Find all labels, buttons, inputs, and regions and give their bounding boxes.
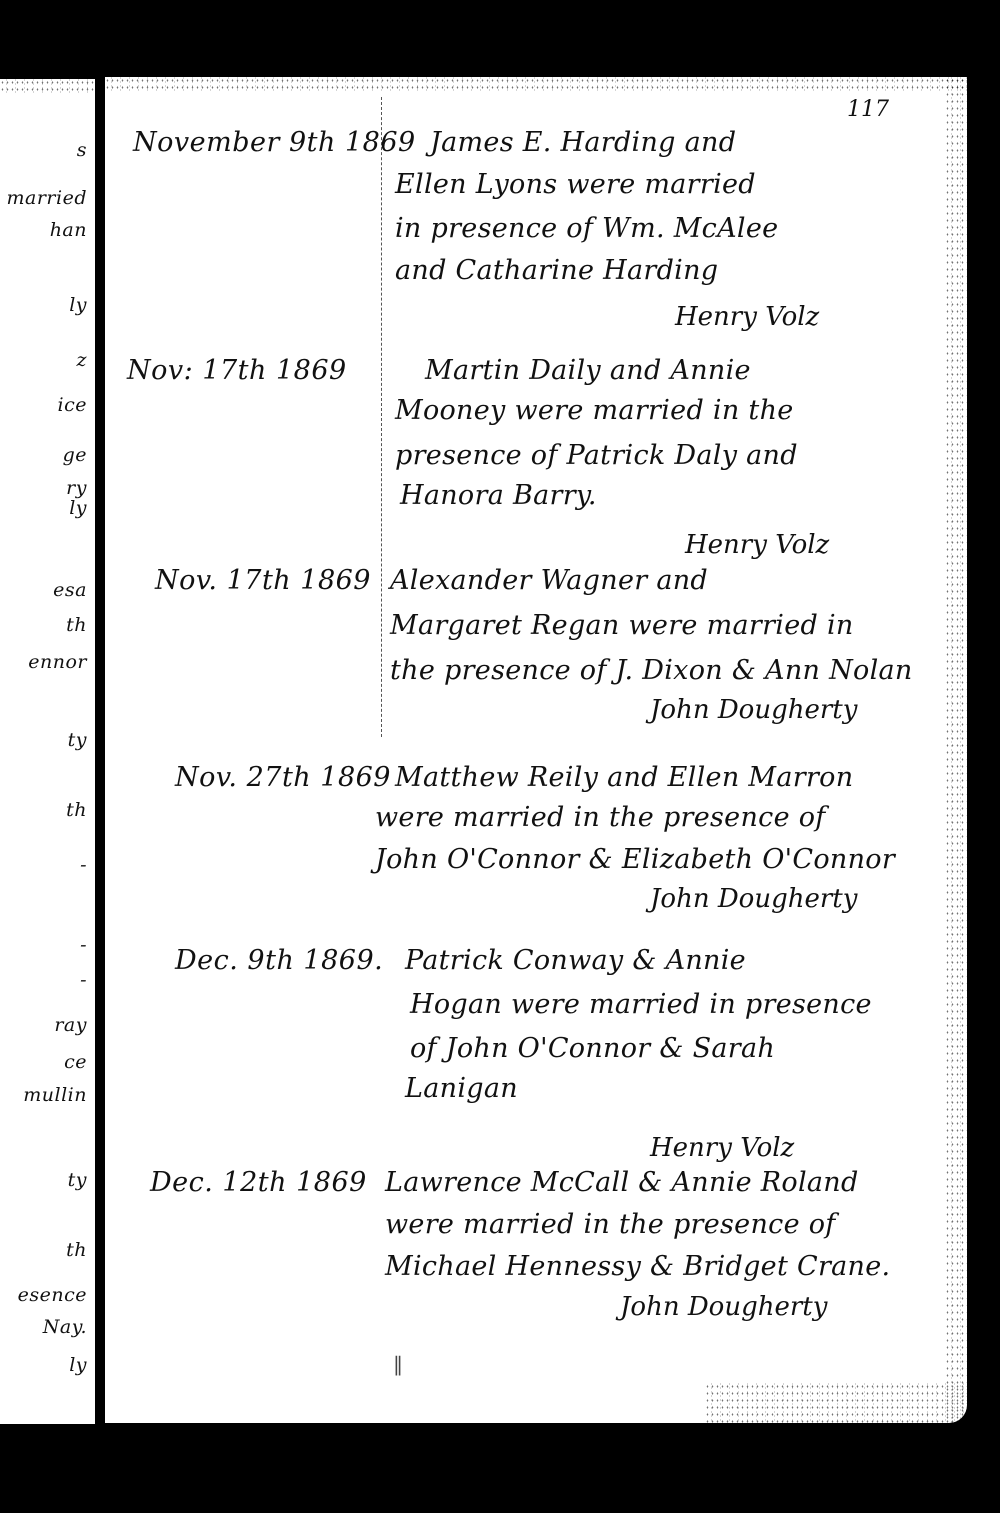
left-page-fragment: th — [66, 1239, 87, 1261]
left-page-fragment: ly — [69, 1354, 87, 1376]
entry-date: November 9th 1869 — [133, 127, 416, 158]
entry-line: in presence of Wm. McAlee — [395, 213, 778, 244]
left-page-fragment: ty — [68, 1169, 87, 1191]
entry-date: Dec. 9th 1869. — [175, 945, 383, 976]
left-page-fragment: ray — [54, 1014, 87, 1036]
left-facing-page: smarriedhanlyzicegerylyesathennortyth---… — [0, 79, 95, 1424]
entry-line: the presence of J. Dixon & Ann Nolan — [390, 655, 913, 686]
left-page-fragment: th — [66, 614, 87, 636]
left-page-fragment: han — [50, 219, 87, 241]
entry-line: and Catharine Harding — [395, 255, 718, 286]
entry-date: Nov: 17th 1869 — [127, 355, 347, 386]
left-page-fragment: ice — [58, 394, 87, 416]
left-page-fragment: married — [7, 187, 88, 209]
page-edge-noise — [0, 79, 95, 95]
entry-line: Patrick Conway & Annie — [405, 945, 746, 976]
entry-line: were married in the presence of — [385, 1209, 836, 1240]
left-page-fragment: ly — [69, 497, 87, 519]
entry-line: Alexander Wagner and — [390, 565, 708, 596]
left-page-fragment: - — [80, 969, 87, 991]
left-page-fragment: ce — [64, 1051, 87, 1073]
book-gutter — [95, 79, 105, 1424]
entry-date: Nov. 17th 1869 — [155, 565, 371, 596]
left-page-fragment: mullin — [23, 1084, 87, 1106]
left-page-fragment: s — [77, 139, 87, 161]
pencil-tally-mark: ‖ — [393, 1352, 403, 1376]
entry-line: Lawrence McCall & Annie Roland — [385, 1167, 859, 1198]
register-page: 117 November 9th 1869 James E. Harding a… — [105, 77, 967, 1423]
officiant-signature: John Dougherty — [620, 1292, 827, 1322]
left-page-fragment: - — [80, 934, 87, 956]
entry-line: Michael Hennessy & Bridget Crane. — [385, 1251, 890, 1282]
page-edge-noise-top — [105, 77, 967, 91]
entry-date: Nov. 27th 1869 — [175, 762, 391, 793]
left-page-fragment: ge — [63, 444, 87, 466]
left-page-fragment: esence — [18, 1284, 87, 1306]
left-page-fragment: - — [80, 854, 87, 876]
page-edge-noise-bottom — [705, 1383, 967, 1423]
officiant-signature: Henry Volz — [650, 1133, 794, 1163]
entry-line: Mooney were married in the — [395, 395, 794, 426]
entry-line: Hogan were married in presence — [410, 989, 872, 1020]
entry-line: presence of Patrick Daly and — [395, 440, 798, 471]
left-page-fragment: ennor — [28, 651, 87, 673]
left-page-fragment: ly — [69, 294, 87, 316]
entry-line: Margaret Regan were married in — [390, 610, 854, 641]
entry-line: were married in the presence of — [375, 802, 826, 833]
entry-line: Ellen Lyons were married — [395, 169, 756, 200]
left-page-fragment: ry — [66, 477, 87, 499]
entry-line: Lanigan — [405, 1073, 518, 1104]
officiant-signature: John Dougherty — [650, 884, 857, 914]
left-page-fragment: Nay. — [43, 1316, 87, 1338]
entry-line: of John O'Connor & Sarah — [410, 1033, 775, 1064]
entry-line: John O'Connor & Elizabeth O'Connor — [375, 844, 895, 875]
left-page-fragment: ty — [68, 729, 87, 751]
page-edge-noise-right — [945, 77, 967, 1423]
officiant-signature: Henry Volz — [685, 530, 829, 560]
entry-line: Martin Daily and Annie — [425, 355, 751, 386]
officiant-signature: Henry Volz — [675, 302, 819, 332]
left-page-fragment: th — [66, 799, 87, 821]
date-column-rule — [381, 97, 382, 737]
officiant-signature: John Dougherty — [650, 695, 857, 725]
left-page-fragment: z — [76, 349, 87, 371]
entry-line: James E. Harding and — [430, 127, 736, 158]
left-page-fragment: esa — [53, 579, 87, 601]
entry-line: Matthew Reily and Ellen Marron — [395, 762, 853, 793]
entry-date: Dec. 12th 1869 — [150, 1167, 367, 1198]
page-number: 117 — [847, 97, 889, 122]
entry-line: Hanora Barry. — [400, 480, 597, 511]
